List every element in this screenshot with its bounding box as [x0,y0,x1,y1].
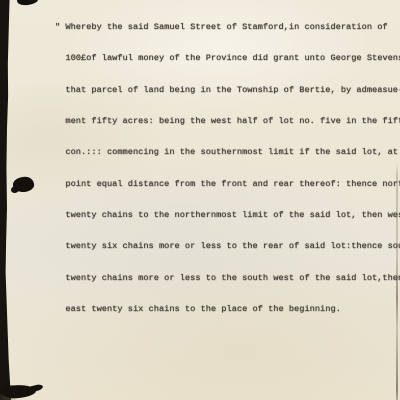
typewritten-line: twenty chains to the northernmost limit … [55,210,400,220]
typewritten-line: ment fifty acres: being the west half of… [55,116,400,126]
typewritten-line: " Whereby the said Samuel Street of Stam… [55,22,400,32]
typewritten-line: that parcel of land being in the Townshi… [55,85,400,95]
typewritten-line: east twenty six chains to the place of t… [55,304,400,314]
typewritten-line: twenty six chains more or less to the re… [55,241,400,251]
typewritten-paragraph: " Whereby the said Samuel Street of Stam… [55,1,400,335]
scanned-document-page: " Whereby the said Samuel Street of Stam… [0,0,400,400]
typewritten-line: 100£of lawful money of the Province did … [55,53,400,63]
typewritten-line: point equal distance from the front and … [55,179,400,189]
typewritten-line: twenty chains more or less to the south … [55,273,400,283]
typewritten-line: con.::: commencing in the southernmost l… [55,147,400,157]
